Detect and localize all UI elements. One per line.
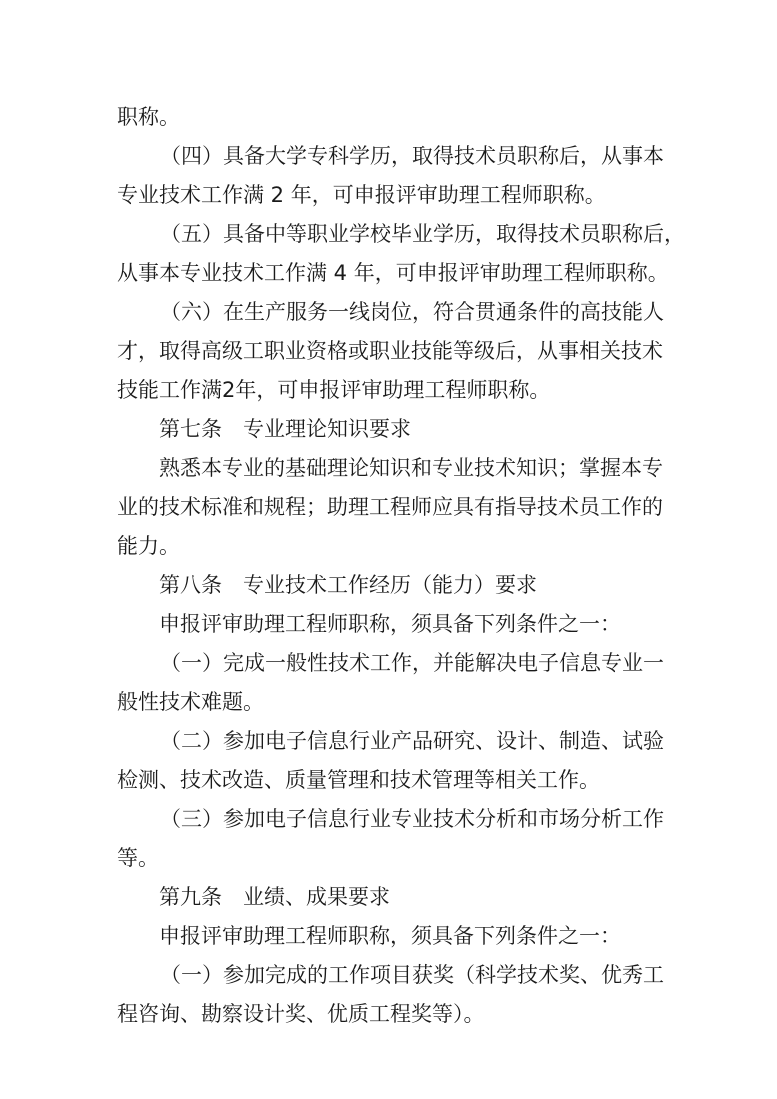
text-line: 专业技术工作满 2 年，可申报评审助理工程师职称。: [117, 181, 606, 209]
section-heading-article-7: 第七条 专业理论知识要求: [159, 415, 411, 443]
text-line: 申报评审助理工程师职称，须具备下列条件之一：: [159, 610, 621, 638]
text-line: （六）在生产服务一线岗位，符合贯通条件的高技能人: [160, 298, 664, 326]
text-line: （二）参加电子信息行业产品研究、设计、制造、试验: [160, 727, 664, 755]
text-line: 般性技术难题。: [117, 688, 264, 716]
text-line: 职称。: [117, 103, 180, 131]
text-line: 熟悉本专业的基础理论知识和专业技术知识；掌握本专: [159, 454, 663, 482]
section-heading-article-9: 第九条 业绩、成果要求: [159, 883, 390, 911]
text-line: （四）具备大学专科学历，取得技术员职称后，从事本: [160, 142, 664, 170]
text-line: 程咨询、勘察设计奖、优质工程奖等）。: [117, 1000, 485, 1028]
text-line: 能力。: [117, 532, 180, 560]
text-line: 业的技术标准和规程；助理工程师应具有指导技术员工作的: [117, 493, 663, 521]
text-line: 检测、技术改造、质量管理和技术管理等相关工作。: [117, 766, 600, 794]
text-line: （一）参加完成的工作项目获奖（科学技术奖、优秀工: [160, 961, 664, 989]
text-line: 从事本专业技术工作满 4 年，可申报评审助理工程师职称。: [117, 259, 669, 287]
text-line: （一）完成一般性技术工作，并能解决电子信息专业一: [160, 649, 664, 677]
text-line: 等。: [117, 844, 159, 872]
text-line: 才，取得高级工职业资格或职业技能等级后，从事相关技术: [117, 337, 663, 365]
section-heading-article-8: 第八条 专业技术工作经历（能力）要求: [159, 571, 537, 599]
text-line: （三）参加电子信息行业专业技术分析和市场分析工作: [160, 805, 664, 833]
text-line: （五）具备中等职业学校毕业学历，取得技术员职称后，: [160, 220, 685, 248]
text-line: 申报评审助理工程师职称，须具备下列条件之一：: [159, 922, 621, 950]
text-line: 技能工作满2年，可申报评审助理工程师职称。: [117, 376, 550, 404]
document-page: 职称。 （四）具备大学专科学历，取得技术员职称后，从事本 专业技术工作满 2 年…: [0, 0, 777, 1099]
